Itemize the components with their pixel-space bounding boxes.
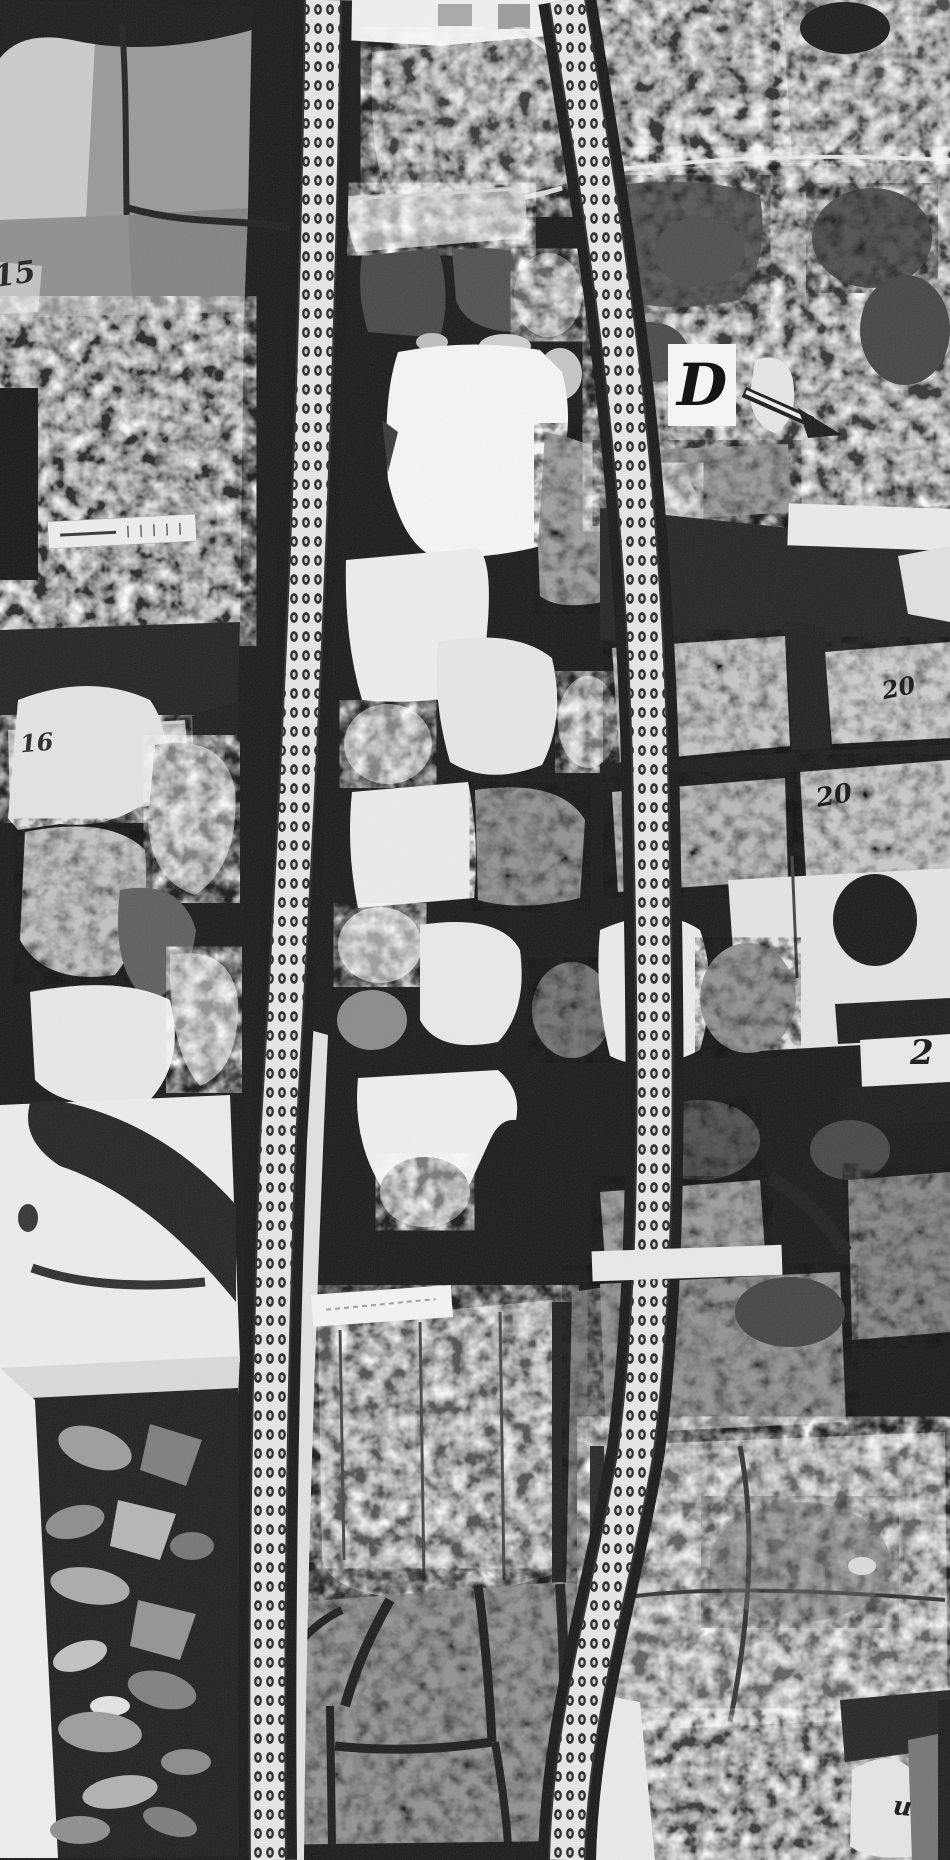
handwritten-mark-16: 16: [19, 730, 54, 757]
core-photograph: D 15 16 20 20 2 u: [0, 0, 950, 1860]
handwritten-mark-bottom: u: [892, 1793, 914, 1821]
handwritten-mark-2: 2: [910, 1036, 934, 1070]
handwritten-mark-20-upper: 20: [880, 673, 918, 703]
annotation-d-label: D: [668, 344, 736, 426]
handwritten-mark-15: 15: [0, 257, 38, 293]
core-photo-artwork: [0, 0, 950, 1860]
film-grain-overlay: [0, 0, 950, 1860]
handwritten-mark-20-lower: 20: [814, 780, 854, 812]
